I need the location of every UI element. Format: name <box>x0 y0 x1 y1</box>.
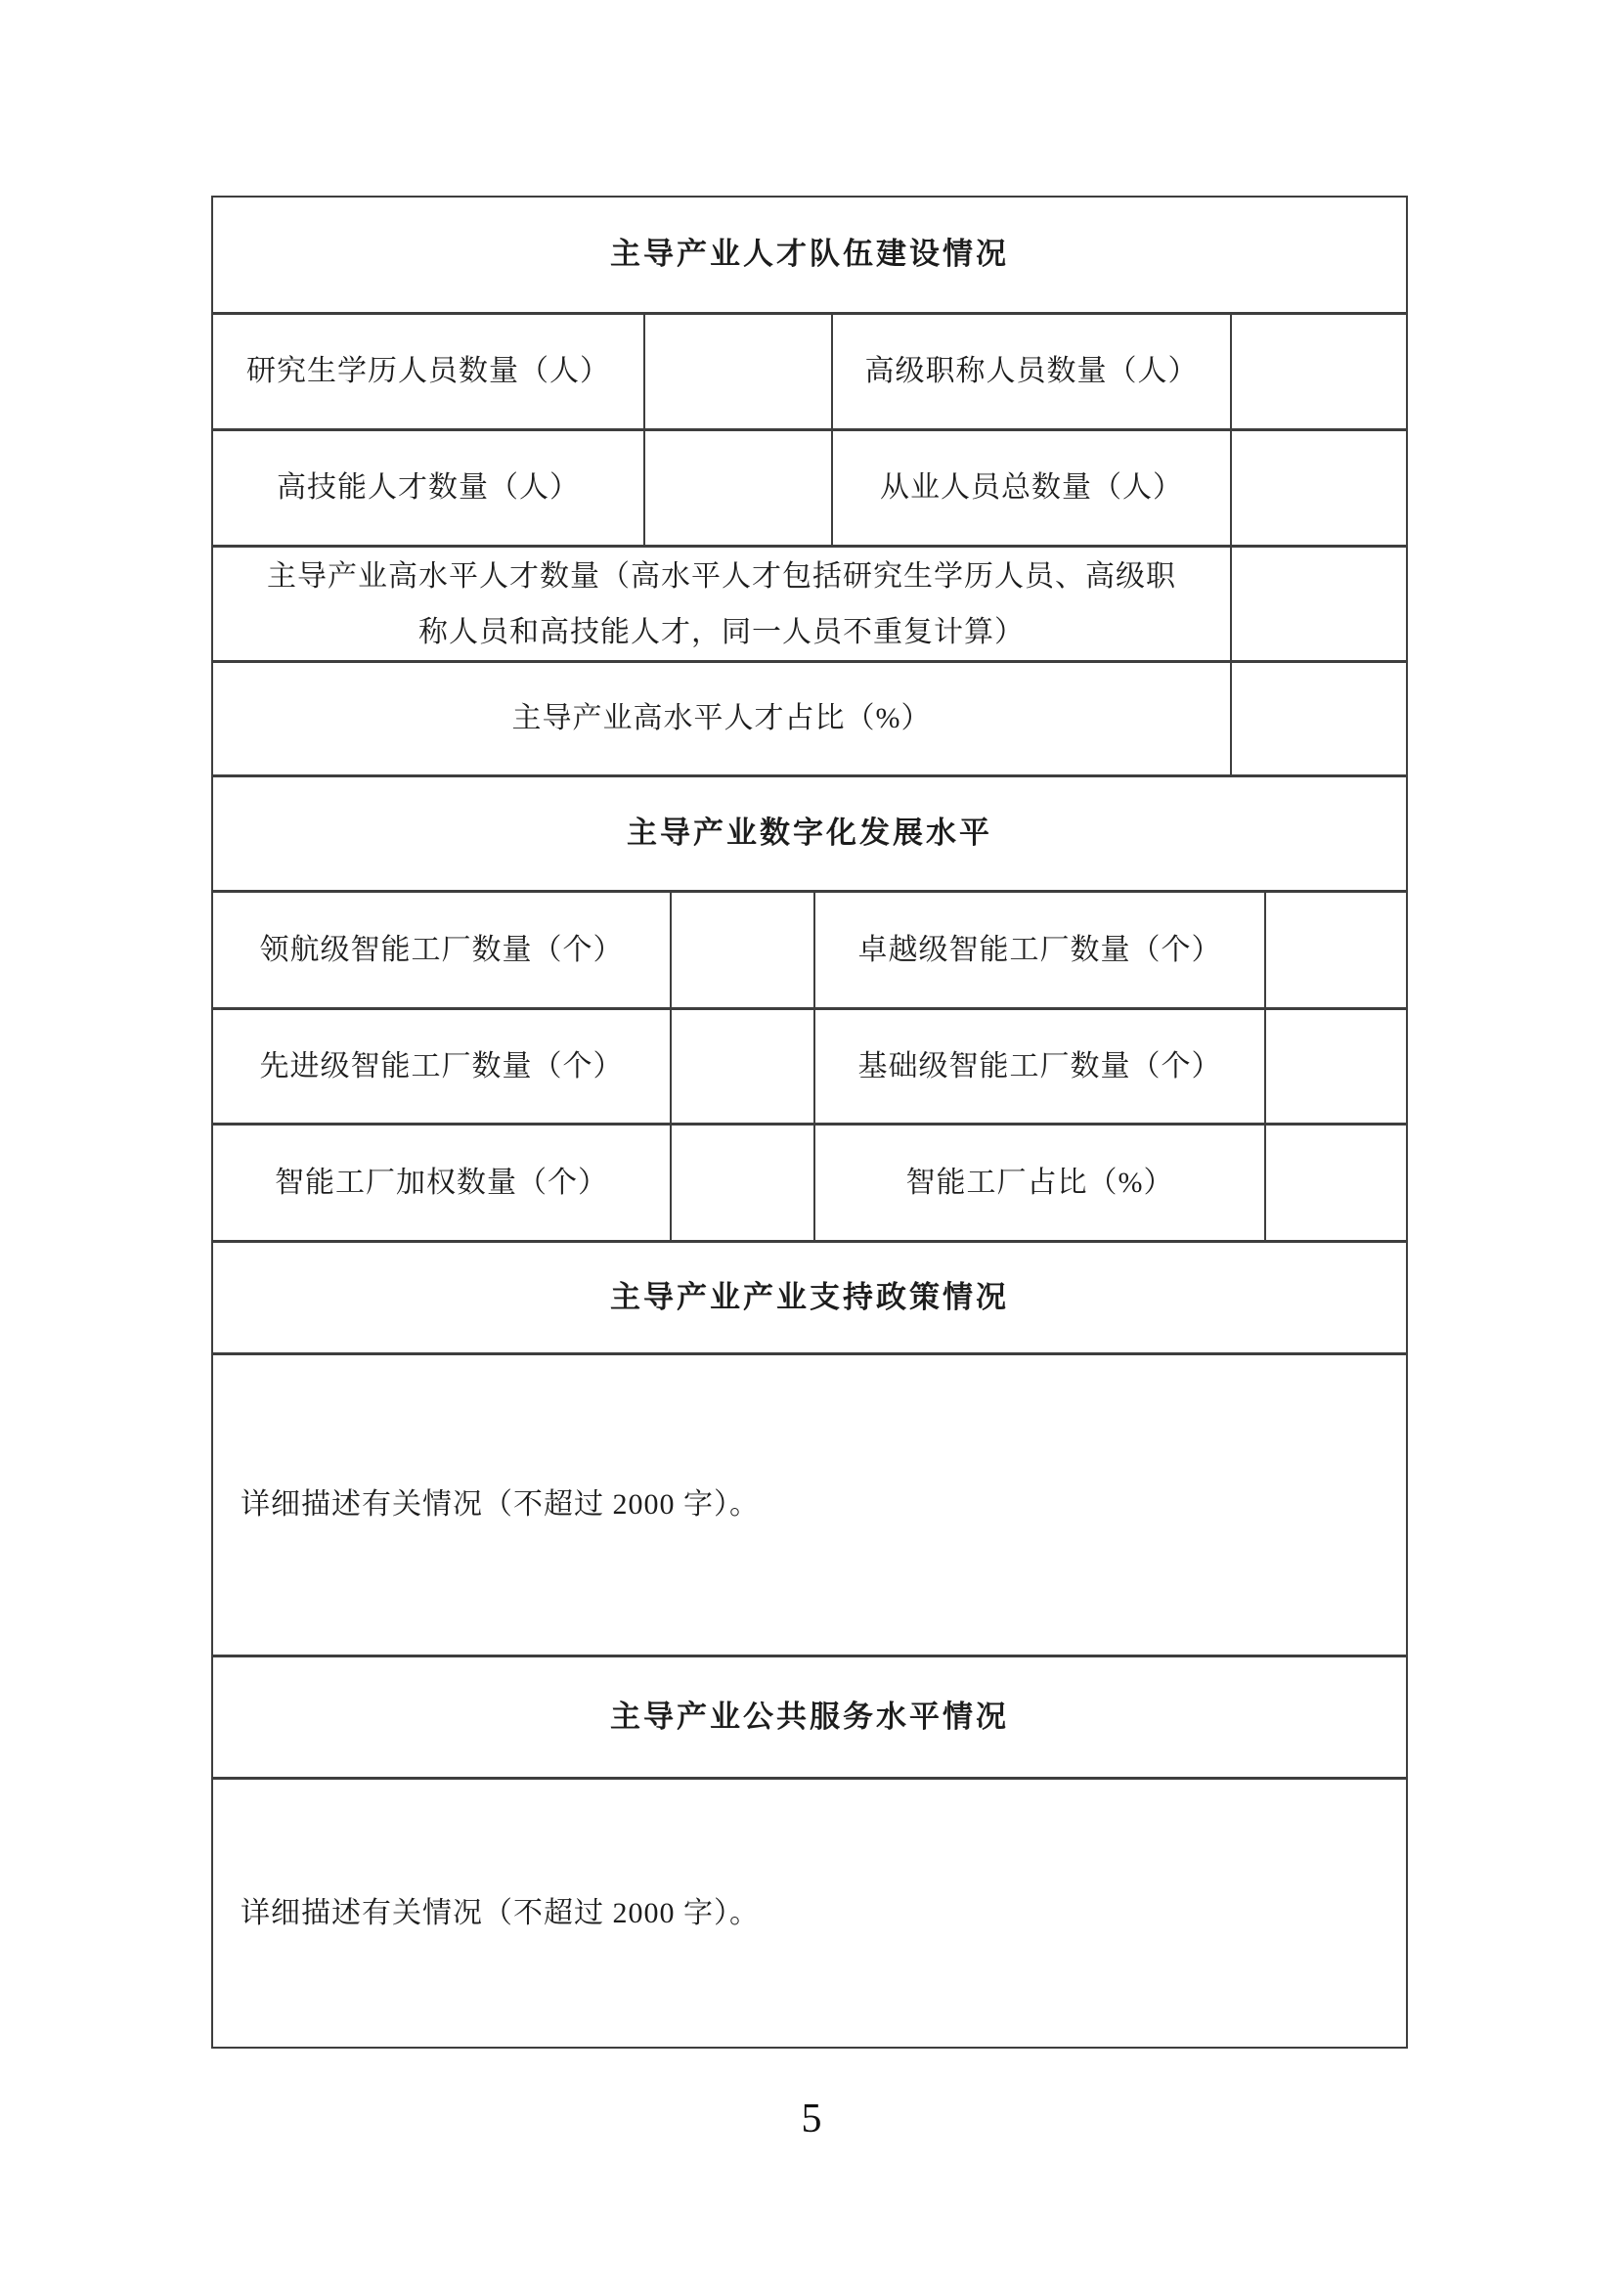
page-number: 5 <box>802 2098 822 2140</box>
service-description-area[interactable]: 详细描述有关情况（不超过 2000 字）。 <box>213 1780 1406 2047</box>
factory-ratio-label: 智能工厂占比（%） <box>813 1126 1264 1240</box>
grad-count-label: 研究生学历人员数量（人） <box>213 315 643 428</box>
total-employee-count-value-cell[interactable] <box>1230 431 1406 545</box>
advanced-factory-count-value-cell[interactable] <box>670 1010 813 1123</box>
policy-description-row: 详细描述有关情况（不超过 2000 字）。 <box>213 1352 1406 1655</box>
policy-description-area[interactable]: 详细描述有关情况（不超过 2000 字）。 <box>213 1355 1406 1655</box>
document-page: 主导产业人才队伍建设情况 研究生学历人员数量（人） 高级职称人员数量（人） 高技… <box>0 0 1623 2296</box>
grad-count-value-cell[interactable] <box>643 315 831 428</box>
table-row: 先进级智能工厂数量（个） 基础级智能工厂数量（个） <box>213 1007 1406 1123</box>
excellent-factory-count-label: 卓越级智能工厂数量（个） <box>813 893 1264 1007</box>
service-description-row: 详细描述有关情况（不超过 2000 字）。 <box>213 1777 1406 2047</box>
excellent-factory-count-value-cell[interactable] <box>1264 893 1406 1007</box>
policy-section-header-row: 主导产业产业支持政策情况 <box>213 1240 1406 1352</box>
high-level-talent-ratio-value-cell[interactable] <box>1230 663 1406 774</box>
table-row: 主导产业高水平人才数量（高水平人才包括研究生学历人员、高级职 称人员和高技能人才… <box>213 545 1406 660</box>
weighted-factory-count-value-cell[interactable] <box>670 1126 813 1240</box>
digital-section-title: 主导产业数字化发展水平 <box>213 777 1406 890</box>
high-level-talent-ratio-label: 主导产业高水平人才占比（%） <box>213 663 1230 774</box>
senior-title-count-label: 高级职称人员数量（人） <box>831 315 1230 428</box>
senior-title-count-value-cell[interactable] <box>1230 315 1406 428</box>
table-row: 高技能人才数量（人） 从业人员总数量（人） <box>213 428 1406 545</box>
high-level-talent-count-value-cell[interactable] <box>1230 548 1406 660</box>
table-row: 主导产业高水平人才占比（%） <box>213 660 1406 774</box>
basic-factory-count-label: 基础级智能工厂数量（个） <box>813 1010 1264 1123</box>
total-employee-count-label: 从业人员总数量（人） <box>831 431 1230 545</box>
service-section-header-row: 主导产业公共服务水平情况 <box>213 1655 1406 1777</box>
table-row: 领航级智能工厂数量（个） 卓越级智能工厂数量（个） <box>213 890 1406 1007</box>
advanced-factory-count-label: 先进级智能工厂数量（个） <box>213 1010 670 1123</box>
service-section-title: 主导产业公共服务水平情况 <box>213 1657 1406 1777</box>
table-row: 研究生学历人员数量（人） 高级职称人员数量（人） <box>213 312 1406 428</box>
digital-section-header-row: 主导产业数字化发展水平 <box>213 774 1406 890</box>
high-level-talent-count-label: 主导产业高水平人才数量（高水平人才包括研究生学历人员、高级职 称人员和高技能人才… <box>213 548 1230 660</box>
pilot-factory-count-label: 领航级智能工厂数量（个） <box>213 893 670 1007</box>
basic-factory-count-value-cell[interactable] <box>1264 1010 1406 1123</box>
weighted-factory-count-label: 智能工厂加权数量（个） <box>213 1126 670 1240</box>
high-skill-count-value-cell[interactable] <box>643 431 831 545</box>
talent-section-title: 主导产业人才队伍建设情况 <box>213 198 1406 312</box>
table-row: 智能工厂加权数量（个） 智能工厂占比（%） <box>213 1123 1406 1240</box>
factory-ratio-value-cell[interactable] <box>1264 1126 1406 1240</box>
high-skill-count-label: 高技能人才数量（人） <box>213 431 643 545</box>
industry-form-table: 主导产业人才队伍建设情况 研究生学历人员数量（人） 高级职称人员数量（人） 高技… <box>211 196 1408 2049</box>
policy-section-title: 主导产业产业支持政策情况 <box>213 1243 1406 1352</box>
pilot-factory-count-value-cell[interactable] <box>670 893 813 1007</box>
talent-section-header-row: 主导产业人才队伍建设情况 <box>213 198 1406 312</box>
